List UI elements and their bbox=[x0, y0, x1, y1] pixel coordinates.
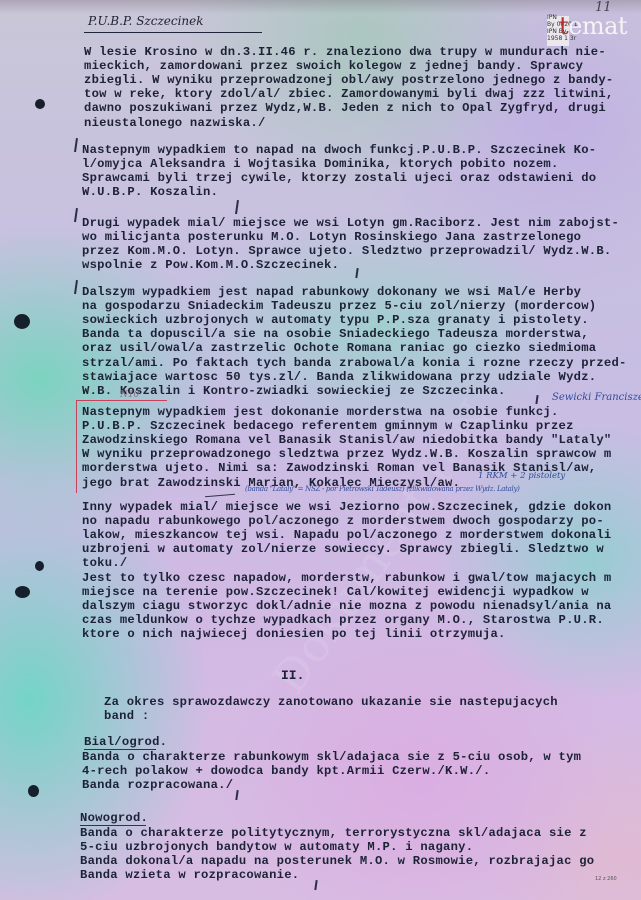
typed-line: zbiegli. W wyniku przeprowadzonej obl/aw… bbox=[84, 73, 613, 87]
logo-wordmark: temat bbox=[559, 12, 627, 40]
typed-line: Dalszym wypadkiem jest napad rabunkowy d… bbox=[82, 285, 581, 299]
page-top-shadow bbox=[0, 0, 641, 14]
handwritten-stroke bbox=[205, 494, 235, 498]
typed-line: dawno poszukiwani przez Wydz,W.B. Jeden … bbox=[84, 101, 606, 115]
document-page: Dokument IPN P.U.B.P. Szczecinek 11 IPN … bbox=[0, 0, 641, 900]
band-location-nowogrod: Nowogrod. bbox=[80, 811, 148, 825]
typed-line: czas meldunkow o tychze wypadkach przez … bbox=[82, 613, 604, 627]
typed-line: sowieckich uzbrojonych w automaty typu P… bbox=[82, 313, 589, 327]
label-underline bbox=[84, 32, 262, 33]
margin-tick bbox=[74, 138, 77, 152]
punch-hole bbox=[15, 586, 30, 598]
punch-hole bbox=[28, 785, 39, 797]
typed-line: W.U.B.P. Koszalin. bbox=[82, 185, 218, 199]
margin-tick bbox=[355, 268, 358, 278]
typed-line: Inny wypadek mial/ miejsce we wsi Jezior… bbox=[82, 500, 611, 514]
handwritten-note-band: (banda "Lataly" = NSZ - por Pietrowski T… bbox=[245, 485, 520, 493]
typed-line: miejsce na terenie pow.Szczecinek! Cal/k… bbox=[82, 585, 589, 599]
typed-line: no napadu rabunkowego pol/aczonego z mor… bbox=[82, 514, 604, 528]
typed-line: oraz usil/owal/a zastrzelic Ochote Roman… bbox=[82, 341, 596, 355]
temat-logo: IPN By 0020 1 IPN By 1958 1 3r temat bbox=[547, 12, 633, 46]
band-location-bialogrod: Bial/ogrod. bbox=[84, 735, 167, 749]
margin-mark: N10 bbox=[120, 390, 139, 400]
punch-hole bbox=[14, 314, 30, 329]
margin-tick bbox=[314, 880, 317, 890]
typed-line: Sprawcami byli trzej cywile, ktorzy zost… bbox=[82, 171, 596, 185]
typed-line: Banda o charakterze politytycznym, terro… bbox=[80, 826, 587, 840]
typed-line: Drugi wypadek mial/ miejsce we wsi Lotyn… bbox=[82, 216, 619, 230]
punch-hole bbox=[35, 99, 45, 109]
typed-line: wo milicjanta posterunku M.O. Lotyn Rosi… bbox=[82, 230, 581, 244]
handwritten-unit-label: P.U.B.P. Szczecinek bbox=[88, 14, 204, 28]
typed-line: mieckich, zamordowani przez swoich koleg… bbox=[84, 59, 583, 73]
typed-line: 5-ciu uzbrojonych bandytow w automaty M.… bbox=[80, 840, 473, 854]
typed-line: Jest to tylko czesc napadow, morderstw, … bbox=[82, 571, 611, 585]
typed-line: W lesie Krosino w dn.3.II.46 r. znalezio… bbox=[84, 45, 606, 59]
typed-line: nieustalonego nazwiska./ bbox=[84, 116, 266, 130]
typed-line: toku./ bbox=[82, 556, 127, 570]
typed-line: l/omyjca Aleksandra i Wojtasika Dominika… bbox=[82, 157, 559, 171]
section-heading-ii: II. bbox=[281, 668, 304, 683]
margin-tick bbox=[235, 790, 238, 800]
typed-line: Banda dokonal/a napadu na posterunek M.O… bbox=[80, 854, 594, 868]
handwritten-note-name: Sewicki Franciszek bbox=[552, 392, 641, 403]
typed-line: Banda wzieta w rozpracowanie. bbox=[80, 868, 299, 882]
typed-line: ktore o nich najwiecej doniesien po tej … bbox=[82, 627, 506, 641]
punch-hole bbox=[35, 561, 44, 571]
typed-line: Nastepnym wypadkiem to napad na dwoch fu… bbox=[82, 143, 596, 157]
typed-line: band : bbox=[104, 709, 149, 723]
typed-line: uzbrojeni w automaty zol/nierze sowieccy… bbox=[82, 542, 604, 556]
typed-line: Banda o charakterze rabunkowym skl/adaja… bbox=[82, 750, 581, 764]
typed-line: W.B. Koszalin i Kontro-zwiadki sowieckie… bbox=[82, 384, 506, 398]
typed-line: stawiajace wartosc 50 tys.zl/. Banda zli… bbox=[82, 370, 596, 384]
typed-line: Za okres sprawozdawczy zanotowano ukazan… bbox=[104, 695, 558, 709]
handwritten-note-weapons: 1 RKM + 2 pistolety bbox=[478, 471, 565, 481]
typed-line: Banda ta dopuscil/a sie na osobie Sniade… bbox=[82, 327, 589, 341]
typed-line: lakow, mieszkancow tej wsi. Napadu pol/a… bbox=[82, 528, 611, 542]
typed-line: dalszym ciagu stworzyc dokl/adnie nie mo… bbox=[82, 599, 611, 613]
typed-line: 4-rech polakow + dowodca bandy kpt.Armii… bbox=[82, 764, 490, 778]
typed-line: na gospodarzu Sniadeckim Tadeuszu przez … bbox=[82, 299, 596, 313]
archive-stamp: 12 z 260 bbox=[595, 876, 617, 882]
typed-line: Banda rozpracowana./ bbox=[82, 778, 233, 792]
margin-tick bbox=[535, 395, 538, 404]
typed-line: strzal/ami. Po faktach tych banda zrabow… bbox=[82, 356, 627, 370]
margin-tick bbox=[74, 280, 77, 294]
red-margin-bracket bbox=[76, 400, 167, 493]
margin-tick bbox=[74, 208, 77, 222]
margin-tick bbox=[235, 200, 238, 214]
typed-line: przez Kom.M.O. Lotyn. Sprawce ujeto. Sle… bbox=[82, 244, 611, 258]
typed-line: wspolnie z Pow.Kom.M.O.Szczecinek. bbox=[82, 258, 339, 272]
typed-line: tow w reke, ktory zdol/al/ zbiec. Zamord… bbox=[84, 87, 613, 101]
